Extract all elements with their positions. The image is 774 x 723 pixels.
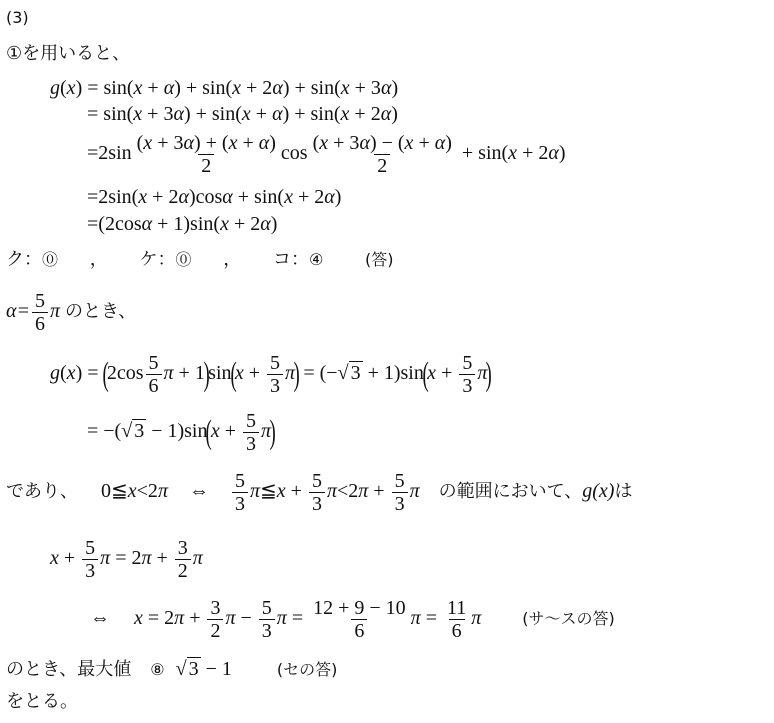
alpha-condition: α=56π のとき、 xyxy=(6,290,136,335)
range-g: g(x) xyxy=(582,480,614,502)
frac-num: 5 xyxy=(32,290,48,312)
answer-tag: (答) xyxy=(365,250,394,269)
g-alpha-line-2: = −(√3 − 1)sin(x + 53π) xyxy=(87,410,274,455)
derivation-line-5: =(2cosα + 1)sin(x + 2α) xyxy=(87,212,277,236)
pi: π xyxy=(50,300,60,322)
derivation-line-4: =2sin(x + 2α)cosα + sin(x + 2α) xyxy=(87,185,341,209)
separator: ， xyxy=(90,249,108,270)
ending-text: をとる。 xyxy=(6,690,78,714)
choice-ko: ④ xyxy=(309,248,323,272)
label-ke: ケ： xyxy=(139,249,175,270)
alpha-text: のとき、 xyxy=(65,301,136,322)
derivation-line-3: =2sin(x + 3α) + (x + α)2cos(x + 3α) − (x… xyxy=(87,132,566,177)
range-end: は xyxy=(614,481,632,502)
derivation-line-1: g(x) = sin(x + α) + sin(x + 2α) + sin(x … xyxy=(50,76,398,100)
max-value-line: のとき、最大値 ⑧ √3 − 1 (セの答) xyxy=(6,657,337,683)
range-line: であり、 0≦x<2π ⇔ 53π≦x + 53π<2π + 53π の範囲にお… xyxy=(6,470,632,515)
frac-den: 6 xyxy=(32,312,48,335)
max-prefix: のとき、最大値 xyxy=(6,659,131,680)
intro-text: ①を用いると、 xyxy=(6,42,130,66)
range-prefix: であり、 xyxy=(6,481,78,502)
label-ko: コ： xyxy=(273,249,309,270)
derivation-line-2: = sin(x + 3α) + sin(x + α) + sin(x + 2α) xyxy=(87,102,398,126)
g-alpha-line-1: g(x) = (2cos56π + 1)sin(x + 53π) = (−√3 … xyxy=(50,352,491,397)
section-number: (3) xyxy=(6,6,29,30)
max-tag: (セの答) xyxy=(277,660,338,679)
range-suffix: の範囲において、 xyxy=(439,481,583,502)
separator: ， xyxy=(223,249,241,270)
label-ku: ク： xyxy=(6,249,42,270)
solve-eq: ⇔x = 2π + 32π − 53π = 12 + 9 − 106π = 11… xyxy=(90,597,615,642)
choice-ke: ⓪ xyxy=(175,248,191,272)
answer-ku-ke-ko: ク：⓪ ， ケ：⓪ ， コ：④ (答) xyxy=(6,248,394,272)
solve-tag: (サ〜スの答) xyxy=(522,609,615,628)
max-condition-eq: x + 53π = 2π + 32π xyxy=(50,537,203,582)
alpha-lhs: α= xyxy=(6,300,30,322)
choice-ku: ⓪ xyxy=(42,248,58,272)
choice-se: ⑧ xyxy=(150,659,164,683)
